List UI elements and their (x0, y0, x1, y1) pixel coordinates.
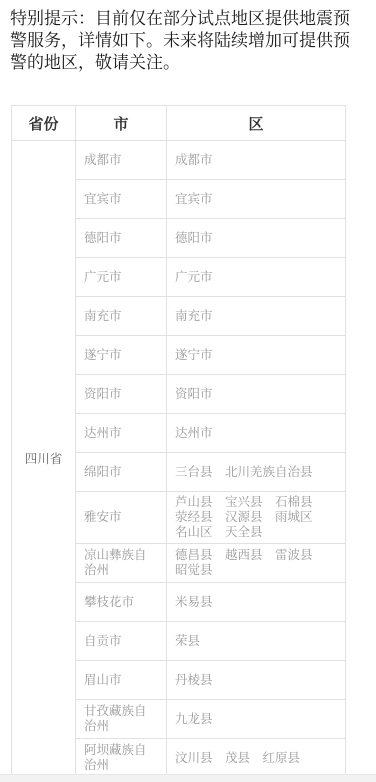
city-cell: 广元市 (76, 258, 167, 297)
district-cell: 南充市 (167, 297, 346, 336)
district-cell: 芦山县 宝兴县 石棉县 荥经县 汉源县 雨城区 名山区 天全县 (167, 492, 346, 544)
pilot-regions-table-container: 省份 市 区 四川省 成都市 成都市 宜宾市 宜宾市 德阳市 德阳市 广元市 广… (11, 105, 345, 778)
earthquake-warning-notice: 特别提示：目前仅在部分试点地区提供地震预警服务，详情如下。未来将陆续增加可提供预… (10, 8, 358, 74)
district-cell: 德阳市 (167, 219, 346, 258)
bottom-section-divider (0, 774, 376, 782)
pilot-regions-table: 省份 市 区 四川省 成都市 成都市 宜宾市 宜宾市 德阳市 德阳市 广元市 广… (11, 105, 346, 778)
column-header-city: 市 (76, 106, 167, 141)
city-cell: 甘孜藏族自治州 (76, 700, 167, 739)
city-cell: 宜宾市 (76, 180, 167, 219)
district-cell: 资阳市 (167, 375, 346, 414)
city-cell: 绵阳市 (76, 453, 167, 492)
city-cell: 雅安市 (76, 492, 167, 544)
district-cell: 达州市 (167, 414, 346, 453)
city-cell: 凉山彝族自治州 (76, 544, 167, 583)
district-cell: 汶川县 茂县 红原县 (167, 739, 346, 778)
city-cell: 达州市 (76, 414, 167, 453)
city-cell: 南充市 (76, 297, 167, 336)
district-cell: 广元市 (167, 258, 346, 297)
district-cell: 米易县 (167, 583, 346, 622)
column-header-province: 省份 (12, 106, 76, 141)
district-cell: 九龙县 (167, 700, 346, 739)
district-cell: 丹棱县 (167, 661, 346, 700)
district-cell: 成都市 (167, 141, 346, 180)
district-cell: 遂宁市 (167, 336, 346, 375)
city-cell: 阿坝藏族自治州 (76, 739, 167, 778)
city-cell: 眉山市 (76, 661, 167, 700)
table-body: 四川省 成都市 成都市 宜宾市 宜宾市 德阳市 德阳市 广元市 广元市 南充市 … (12, 141, 346, 778)
province-cell: 四川省 (12, 141, 76, 778)
city-cell: 自贡市 (76, 622, 167, 661)
city-cell: 成都市 (76, 141, 167, 180)
city-cell: 德阳市 (76, 219, 167, 258)
district-cell: 德昌县 越西县 雷波县 昭觉县 (167, 544, 346, 583)
city-cell: 资阳市 (76, 375, 167, 414)
city-cell: 遂宁市 (76, 336, 167, 375)
table-header: 省份 市 区 (12, 106, 346, 141)
district-cell: 三台县 北川羌族自治县 (167, 453, 346, 492)
district-cell: 荣县 (167, 622, 346, 661)
column-header-district: 区 (167, 106, 346, 141)
city-cell: 攀枝花市 (76, 583, 167, 622)
table-row: 四川省 成都市 成都市 (12, 141, 346, 180)
district-cell: 宜宾市 (167, 180, 346, 219)
table-header-row: 省份 市 区 (12, 106, 346, 141)
